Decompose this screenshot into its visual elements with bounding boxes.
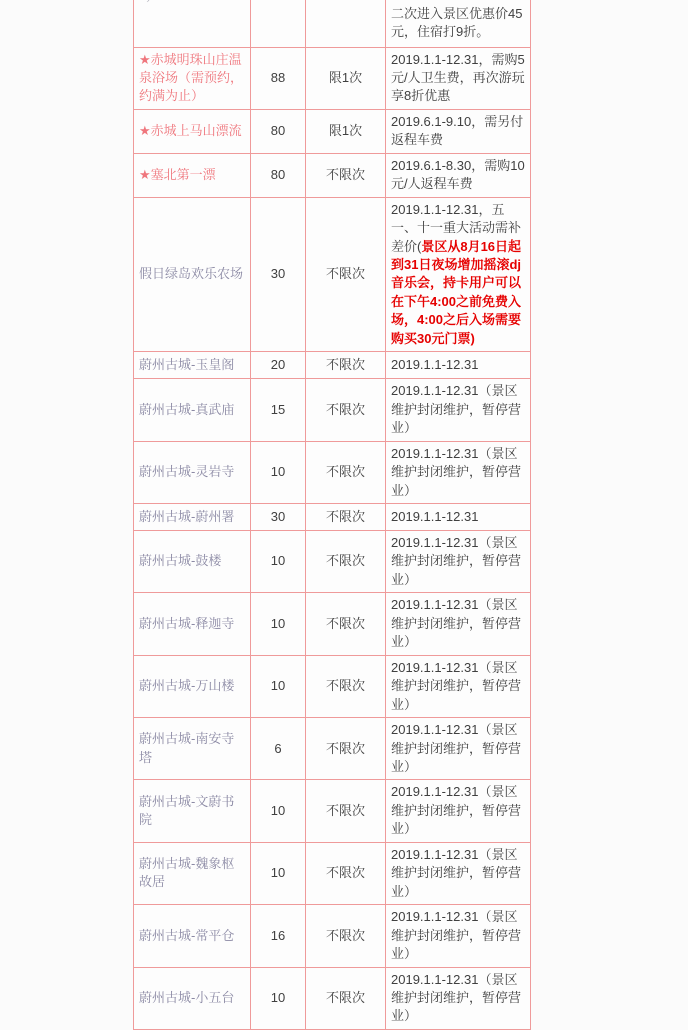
note-text: 2019.1.1-12.31 bbox=[391, 509, 478, 524]
attraction-name-link[interactable]: 蔚州古城-万山楼 bbox=[139, 678, 234, 693]
usage-limit-cell: 不限次 bbox=[306, 655, 386, 717]
price-cell: 30 bbox=[251, 197, 306, 352]
validity-note-cell: 2019.6.1-8.30，需购10元/人返程车费 bbox=[386, 153, 531, 197]
table-row: 蔚州古城-常平仓 16 不限次 2019.1.1-12.31（景区维护封闭维护，… bbox=[134, 905, 531, 967]
note-text: 2019.1.1-12.31（景区维护封闭维护，暂停营业） bbox=[391, 660, 521, 712]
usage-limit-cell: 不限次 bbox=[306, 593, 386, 655]
note-text: 2019.1.1-12.31（景区维护封闭维护，暂停营业） bbox=[391, 446, 521, 498]
table-row: ★赤城上马山漂流 80 限1次 2019.6.1-9.10，需另付返程车费 bbox=[134, 109, 531, 153]
attraction-name-cell: 蔚州古城-魏象枢故居 bbox=[134, 842, 251, 904]
usage-limit-cell: 不限次 bbox=[306, 441, 386, 503]
attraction-name-cell: 假日绿岛欢乐农场 bbox=[134, 197, 251, 352]
usage-limit-cell: 不限次 bbox=[306, 352, 386, 379]
validity-note-cell: 2019.1.1-12.31（景区维护封闭维护，暂停营业） bbox=[386, 531, 531, 593]
attraction-name-cell: 蔚州古城-灵岩寺 bbox=[134, 441, 251, 503]
attraction-name-link[interactable]: 蔚州古城-灵岩寺 bbox=[139, 464, 234, 479]
price-cell: 10 bbox=[251, 441, 306, 503]
attraction-name-link[interactable]: 假日绿岛欢乐农场 bbox=[139, 266, 243, 281]
attraction-name-cell: 蔚州古城-万山楼 bbox=[134, 655, 251, 717]
note-text: 2019.6.1-9.10，需另付返程车费 bbox=[391, 114, 523, 147]
attraction-name-link[interactable]: ★赤城明珠山庄温泉浴场（需预约，约满为止） bbox=[139, 52, 243, 104]
attraction-name-cell: 蔚州古城-鼓楼 bbox=[134, 531, 251, 593]
table-row: 蔚州古城-鼓楼 10 不限次 2019.1.1-12.31（景区维护封闭维护，暂… bbox=[134, 531, 531, 593]
note-text: 2019.6.1-8.30，需购10元/人返程车费 bbox=[391, 158, 525, 191]
validity-note-cell: 2019.1.1-12.31 bbox=[386, 352, 531, 379]
attraction-name-link[interactable]: 蔚州古城-释迦寺 bbox=[139, 616, 234, 631]
note-text: 2019.1.1-12.31（景区维护封闭维护，暂停营业） bbox=[391, 847, 521, 899]
usage-limit-cell bbox=[306, 0, 386, 47]
usage-limit-cell: 不限次 bbox=[306, 905, 386, 967]
attraction-name-link[interactable]: 蔚州古城-鼓楼 bbox=[139, 553, 221, 568]
note-text: 二次进入景区优惠价45元，住宿打9折。 bbox=[391, 6, 522, 39]
note-text: 2019.1.1-12.31（景区维护封闭维护，暂停营业） bbox=[391, 535, 521, 587]
price-cell: 16 bbox=[251, 905, 306, 967]
pricing-table-container: ） 二次进入景区优惠价45元，住宿打9折。 ★赤城明珠山庄温泉浴场（需预约，约满… bbox=[133, 0, 531, 1024]
note-text: 2019.1.1-12.31（景区维护封闭维护，暂停营业） bbox=[391, 722, 521, 774]
usage-limit-cell: 限1次 bbox=[306, 47, 386, 109]
price-cell: 10 bbox=[251, 655, 306, 717]
usage-limit-cell: 不限次 bbox=[306, 718, 386, 780]
table-row: 蔚州古城-文蔚书院 10 不限次 2019.1.1-12.31（景区维护封闭维护… bbox=[134, 780, 531, 842]
attraction-name-cell: ★塞北第一漂 bbox=[134, 153, 251, 197]
usage-limit-cell: 不限次 bbox=[306, 153, 386, 197]
attraction-name-cell: 蔚州古城-释迦寺 bbox=[134, 593, 251, 655]
price-cell: 88 bbox=[251, 47, 306, 109]
table-row: 蔚州古城-万山楼 10 不限次 2019.1.1-12.31（景区维护封闭维护，… bbox=[134, 655, 531, 717]
usage-limit-cell: 限1次 bbox=[306, 109, 386, 153]
usage-limit-cell: 不限次 bbox=[306, 842, 386, 904]
validity-note-cell: 2019.1.1-12.31（景区维护封闭维护，暂停营业） bbox=[386, 441, 531, 503]
validity-note-cell: 二次进入景区优惠价45元，住宿打9折。 bbox=[386, 0, 531, 47]
table-row: 蔚州古城-玉皇阁 20 不限次 2019.1.1-12.31 bbox=[134, 352, 531, 379]
note-highlight-text: 景区从8月16日起到31日夜场增加摇滚dj音乐会，持卡用户可以在下午4:00之前… bbox=[391, 239, 521, 346]
validity-note-cell: 2019.1.1-12.31，五一、十一重大活动需补差价(景区从8月16日起到3… bbox=[386, 197, 531, 352]
pricing-table-body: ） 二次进入景区优惠价45元，住宿打9折。 ★赤城明珠山庄温泉浴场（需预约，约满… bbox=[134, 0, 531, 1024]
table-row: 蔚州古城-蔚州署 30 不限次 2019.1.1-12.31 bbox=[134, 504, 531, 531]
note-text: 2019.1.1-12.31（景区维护封闭维护，暂停营业） bbox=[391, 972, 521, 1024]
attraction-name-cell: ） bbox=[134, 0, 251, 47]
usage-limit-cell: 不限次 bbox=[306, 379, 386, 441]
attraction-name-cell: 蔚州古城-玉皇阁 bbox=[134, 352, 251, 379]
note-text: 2019.1.1-12.31（景区维护封闭维护，暂停营业） bbox=[391, 597, 521, 649]
price-cell: 10 bbox=[251, 531, 306, 593]
price-cell: 10 bbox=[251, 967, 306, 1024]
validity-note-cell: 2019.1.1-12.31，需购5元/人卫生费，再次游玩享8折优惠 bbox=[386, 47, 531, 109]
attraction-name-cell: ★赤城明珠山庄温泉浴场（需预约，约满为止） bbox=[134, 47, 251, 109]
table-row: 蔚州古城-魏象枢故居 10 不限次 2019.1.1-12.31（景区维护封闭维… bbox=[134, 842, 531, 904]
usage-limit-cell: 不限次 bbox=[306, 967, 386, 1024]
price-cell: 80 bbox=[251, 109, 306, 153]
attraction-name-link[interactable]: 蔚州古城-小五台 bbox=[139, 990, 234, 1005]
usage-limit-cell: 不限次 bbox=[306, 504, 386, 531]
attraction-name-cell: 蔚州古城-常平仓 bbox=[134, 905, 251, 967]
attraction-name-link[interactable]: 蔚州古城-常平仓 bbox=[139, 928, 234, 943]
usage-limit-cell: 不限次 bbox=[306, 531, 386, 593]
table-row: 蔚州古城-小五台 10 不限次 2019.1.1-12.31（景区维护封闭维护，… bbox=[134, 967, 531, 1024]
note-text: 2019.1.1-12.31，需购5元/人卫生费，再次游玩享8折优惠 bbox=[391, 52, 525, 104]
usage-limit-cell: 不限次 bbox=[306, 780, 386, 842]
table-row: 假日绿岛欢乐农场 30 不限次 2019.1.1-12.31，五一、十一重大活动… bbox=[134, 197, 531, 352]
table-row: ★塞北第一漂 80 不限次 2019.6.1-8.30，需购10元/人返程车费 bbox=[134, 153, 531, 197]
clipped-text-fragment: ） bbox=[146, 0, 159, 3]
validity-note-cell: 2019.1.1-12.31 bbox=[386, 504, 531, 531]
validity-note-cell: 2019.1.1-12.31（景区维护封闭维护，暂停营业） bbox=[386, 780, 531, 842]
price-cell: 80 bbox=[251, 153, 306, 197]
validity-note-cell: 2019.1.1-12.31（景区维护封闭维护，暂停营业） bbox=[386, 718, 531, 780]
attraction-name-link[interactable]: 蔚州古城-魏象枢故居 bbox=[139, 856, 234, 889]
attraction-name-link[interactable]: ★塞北第一漂 bbox=[139, 167, 216, 182]
usage-limit-cell: 不限次 bbox=[306, 197, 386, 352]
table-row: 蔚州古城-南安寺塔 6 不限次 2019.1.1-12.31（景区维护封闭维护，… bbox=[134, 718, 531, 780]
attraction-name-cell: 蔚州古城-文蔚书院 bbox=[134, 780, 251, 842]
attraction-name-link[interactable]: ★赤城上马山漂流 bbox=[139, 123, 242, 138]
price-cell: 20 bbox=[251, 352, 306, 379]
validity-note-cell: 2019.1.1-12.31（景区维护封闭维护，暂停营业） bbox=[386, 379, 531, 441]
validity-note-cell: 2019.1.1-12.31（景区维护封闭维护，暂停营业） bbox=[386, 905, 531, 967]
price-cell: 10 bbox=[251, 593, 306, 655]
table-row: ） 二次进入景区优惠价45元，住宿打9折。 bbox=[134, 0, 531, 47]
price-cell: 15 bbox=[251, 379, 306, 441]
table-row: 蔚州古城-灵岩寺 10 不限次 2019.1.1-12.31（景区维护封闭维护，… bbox=[134, 441, 531, 503]
note-text: 2019.1.1-12.31（景区维护封闭维护，暂停营业） bbox=[391, 383, 521, 435]
price-cell: 10 bbox=[251, 780, 306, 842]
attraction-name-cell: 蔚州古城-小五台 bbox=[134, 967, 251, 1024]
validity-note-cell: 2019.1.1-12.31（景区维护封闭维护，暂停营业） bbox=[386, 655, 531, 717]
attraction-name-link[interactable]: 蔚州古城-蔚州署 bbox=[139, 509, 234, 524]
validity-note-cell: 2019.1.1-12.31（景区维护封闭维护，暂停营业） bbox=[386, 842, 531, 904]
attraction-name-link[interactable]: 蔚州古城-南安寺塔 bbox=[139, 731, 234, 764]
attraction-pricing-table: ） 二次进入景区优惠价45元，住宿打9折。 ★赤城明珠山庄温泉浴场（需预约，约满… bbox=[133, 0, 531, 1024]
price-cell: 6 bbox=[251, 718, 306, 780]
attraction-name-link[interactable]: 蔚州古城-玉皇阁 bbox=[139, 357, 234, 372]
note-text: 2019.1.1-12.31 bbox=[391, 357, 478, 372]
validity-note-cell: 2019.1.1-12.31（景区维护封闭维护，暂停营业） bbox=[386, 593, 531, 655]
validity-note-cell: 2019.6.1-9.10，需另付返程车费 bbox=[386, 109, 531, 153]
attraction-name-cell: 蔚州古城-蔚州署 bbox=[134, 504, 251, 531]
table-row: 蔚州古城-真武庙 15 不限次 2019.1.1-12.31（景区维护封闭维护，… bbox=[134, 379, 531, 441]
price-cell: 30 bbox=[251, 504, 306, 531]
validity-note-cell: 2019.1.1-12.31（景区维护封闭维护，暂停营业） bbox=[386, 967, 531, 1024]
attraction-name-cell: 蔚州古城-南安寺塔 bbox=[134, 718, 251, 780]
attraction-name-cell: 蔚州古城-真武庙 bbox=[134, 379, 251, 441]
table-row: ★赤城明珠山庄温泉浴场（需预约，约满为止） 88 限1次 2019.1.1-12… bbox=[134, 47, 531, 109]
note-text: 2019.1.1-12.31（景区维护封闭维护，暂停营业） bbox=[391, 784, 521, 836]
attraction-name-link[interactable]: 蔚州古城-文蔚书院 bbox=[139, 794, 234, 827]
table-row: 蔚州古城-释迦寺 10 不限次 2019.1.1-12.31（景区维护封闭维护，… bbox=[134, 593, 531, 655]
attraction-name-link[interactable]: 蔚州古城-真武庙 bbox=[139, 402, 234, 417]
price-cell: 10 bbox=[251, 842, 306, 904]
attraction-name-cell: ★赤城上马山漂流 bbox=[134, 109, 251, 153]
note-text: 2019.1.1-12.31（景区维护封闭维护，暂停营业） bbox=[391, 909, 521, 961]
price-cell bbox=[251, 0, 306, 47]
